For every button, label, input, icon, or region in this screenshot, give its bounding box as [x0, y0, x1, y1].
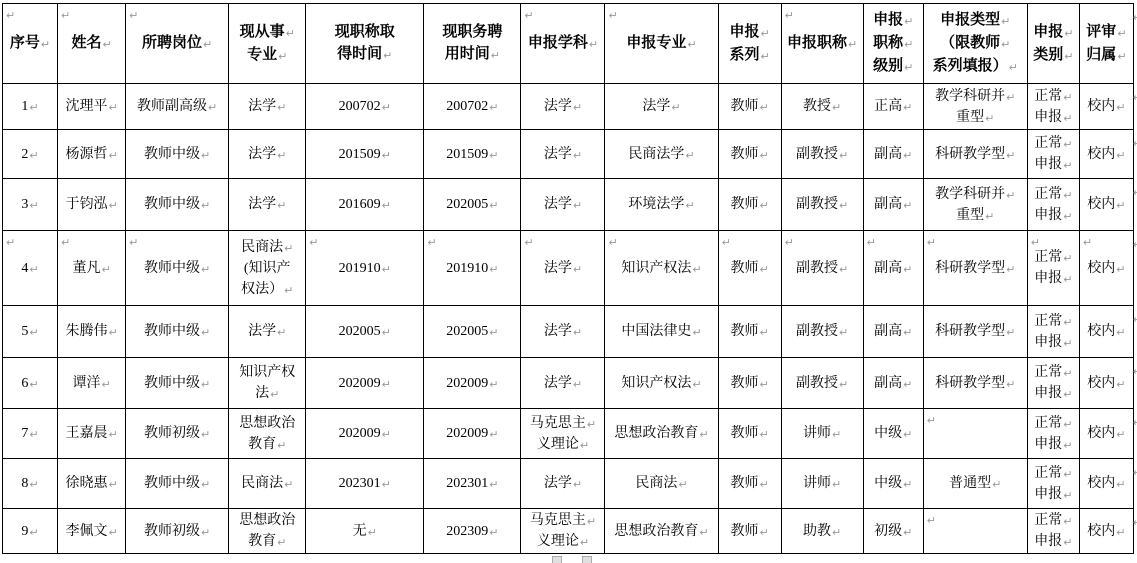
end-of-cell-mark-icon: ↵	[489, 326, 498, 339]
cell-text-line: 法学↵	[523, 473, 602, 494]
header-cell-declared-category[interactable]: 申报↵类别↵	[1027, 4, 1079, 84]
end-of-cell-mark-icon: ↵	[1133, 87, 1137, 108]
end-of-cell-mark-icon: ↵	[29, 428, 38, 441]
cell-current-major[interactable]: 法学↵	[229, 179, 306, 231]
cell-review-attribution[interactable]: ↵校内↵↵	[1079, 231, 1133, 306]
end-of-cell-mark-icon: ↵	[1009, 61, 1018, 74]
cell-text-line: 202009↵	[426, 373, 518, 394]
cell-text-line: 董凡↵	[60, 258, 123, 279]
cell-declared-major[interactable]: 民商法学↵	[605, 130, 718, 179]
cell-declared-major[interactable]: 知识产权法↵	[605, 358, 718, 409]
cell-text-line: 思想政治教育↵	[607, 521, 715, 542]
cell-review-attribution[interactable]: 校内↵↵	[1079, 358, 1133, 409]
cell-text-line: 重型↵	[926, 107, 1025, 128]
cell-declared-series[interactable]: 教师↵	[718, 459, 781, 509]
end-of-cell-mark-icon: ↵	[277, 199, 286, 212]
end-of-cell-mark-icon: ↵	[201, 263, 210, 276]
cell-declared-title[interactable]: ↵副教授↵	[781, 231, 863, 306]
end-of-cell-mark-icon: ↵	[108, 149, 117, 162]
cell-text-line: 思想政治教育↵	[607, 423, 715, 444]
cell-declared-title[interactable]: 副教授↵	[781, 358, 863, 409]
cell-title-obtained-time[interactable]: 202009↵	[306, 409, 424, 459]
cell-post-hired-time[interactable]: 202309↵	[424, 509, 521, 554]
end-of-cell-mark-icon: ↵	[1006, 149, 1015, 162]
table-row: 3↵于钧泓↵教师中级↵法学↵201609↵202005↵法学↵环境法学↵教师↵副…	[3, 179, 1134, 231]
cell-text-line: 201509↵	[308, 144, 421, 165]
cell-text-line: 中国法律史↵	[607, 321, 715, 342]
cell-declared-type[interactable]: 科研教学型↵	[923, 358, 1027, 409]
end-of-cell-mark-icon: ↵	[573, 149, 582, 162]
cell-declared-discipline[interactable]: 马克思主↵义理论↵	[521, 409, 605, 459]
cell-declared-type[interactable]: ↵	[923, 409, 1027, 459]
cell-text-line: 教育↵	[231, 531, 303, 552]
cell-text-line: 教师中级↵	[128, 144, 226, 165]
end-of-cell-mark-icon: ↵	[903, 478, 912, 491]
cell-declared-discipline[interactable]: 法学↵	[521, 84, 605, 130]
cell-name[interactable]: 朱腾伟↵	[58, 306, 126, 358]
cell-declared-title-level[interactable]: 副高↵	[863, 358, 923, 409]
cell-text-line: 校内↵	[1082, 96, 1131, 117]
end-of-cell-mark-icon: ↵	[903, 101, 912, 114]
end-of-cell-mark-icon: ↵	[573, 478, 582, 491]
end-of-cell-mark-icon: ↵	[985, 112, 994, 125]
cell-name[interactable]: 李佩文↵	[58, 509, 126, 554]
cell-declared-series[interactable]: 教师↵	[718, 409, 781, 459]
end-of-cell-mark-icon: ↵	[1031, 232, 1040, 253]
end-of-cell-mark-icon: ↵	[29, 101, 38, 114]
cell-declared-major[interactable]: 思想政治教育↵	[605, 509, 718, 554]
cell-text-line: 6↵	[5, 373, 55, 394]
cell-review-attribution[interactable]: 校内↵↵	[1079, 84, 1133, 130]
cell-text-line: 马克思主↵	[523, 413, 602, 434]
cell-declared-type[interactable]: 普通型↵	[923, 459, 1027, 509]
cell-declared-type[interactable]: 教学科研并↵重型↵	[923, 179, 1027, 231]
end-of-cell-mark-icon: ↵	[573, 326, 582, 339]
cell-index[interactable]: ↵4↵	[3, 231, 58, 306]
cell-title-obtained-time[interactable]: 202005↵	[306, 306, 424, 358]
end-of-cell-mark-icon: ↵	[692, 378, 701, 391]
end-of-cell-mark-icon: ↵	[760, 50, 769, 63]
cell-declared-category[interactable]: 正常↵申报↵	[1027, 409, 1079, 459]
cell-text-line: 教师↵	[721, 144, 779, 165]
cell-title-obtained-time[interactable]: 201509↵	[306, 130, 424, 179]
cell-hired-post[interactable]: 教师中级↵	[126, 459, 229, 509]
end-of-cell-mark-icon: ↵	[1006, 378, 1015, 391]
end-of-cell-mark-icon: ↵	[1063, 112, 1072, 125]
end-of-cell-mark-icon: ↵	[832, 101, 841, 114]
cell-declared-major[interactable]: 思想政治教育↵	[605, 409, 718, 459]
cell-text-line: 知识产权法↵	[607, 373, 715, 394]
cell-text-line: 职称↵	[866, 32, 921, 55]
end-of-cell-mark-icon: ↵	[1006, 326, 1015, 339]
cell-current-major[interactable]: 民商法↵(知识产权法）↵	[229, 231, 306, 306]
cell-index[interactable]: 1↵	[3, 84, 58, 130]
end-of-cell-mark-icon: ↵	[286, 27, 295, 40]
cell-declared-title-level[interactable]: 正高↵	[863, 84, 923, 130]
cell-current-major[interactable]: 法学↵	[229, 130, 306, 179]
end-of-cell-mark-icon: ↵	[201, 378, 210, 391]
cell-text-line: 法学↵	[607, 96, 715, 117]
cell-current-major[interactable]: 民商法↵	[229, 459, 306, 509]
header-cell-name[interactable]: ↵姓名↵	[58, 4, 126, 84]
cell-text-line: 申报↵	[1030, 107, 1077, 128]
cell-text-line: 202301↵	[308, 473, 421, 494]
cell-post-hired-time[interactable]: ↵201910↵	[424, 231, 521, 306]
end-of-cell-mark-icon: ↵	[1001, 38, 1010, 51]
end-of-cell-mark-icon: ↵	[1133, 361, 1137, 382]
cell-declared-type[interactable]: ↵科研教学型↵	[923, 231, 1027, 306]
header-cell-post-hired-time[interactable]: 现职务聘用时间↵	[424, 4, 521, 84]
cell-declared-category[interactable]: 正常↵申报↵	[1027, 306, 1079, 358]
cell-post-hired-time[interactable]: 201509↵	[424, 130, 521, 179]
cell-text-line: 校内↵	[1082, 423, 1131, 444]
end-of-cell-mark-icon: ↵	[1063, 316, 1072, 329]
end-of-cell-mark-icon: ↵	[1133, 309, 1137, 330]
cell-declared-discipline[interactable]: ↵法学↵	[521, 231, 605, 306]
cell-declared-category[interactable]: 正常↵申报↵	[1027, 358, 1079, 409]
end-of-cell-mark-icon: ↵	[1133, 412, 1137, 433]
header-cell-title-obtained-time[interactable]: 现职称取得时间↵	[306, 4, 424, 84]
cell-current-major[interactable]: 法学↵	[229, 84, 306, 130]
cell-text-line: 思想政治	[231, 510, 303, 531]
cell-text-line: 法学↵	[523, 96, 602, 117]
end-of-cell-mark-icon: ↵	[489, 526, 498, 539]
cell-text-line: 教师中级↵	[128, 194, 226, 215]
end-of-cell-mark-icon: ↵	[382, 428, 391, 441]
end-of-cell-mark-icon: ↵	[108, 101, 117, 114]
cell-hired-post[interactable]: 教师中级↵	[126, 130, 229, 179]
end-of-cell-mark-icon: ↵	[108, 478, 117, 491]
cell-text-line: 教学科研并↵	[926, 184, 1025, 205]
cell-text-line: 徐晓惠↵	[60, 473, 123, 494]
end-of-cell-mark-icon: ↵	[201, 199, 210, 212]
cell-text-line: 无↵	[308, 521, 421, 542]
cell-name[interactable]: 徐晓惠↵	[58, 459, 126, 509]
end-of-cell-mark-icon: ↵	[201, 526, 210, 539]
end-of-cell-mark-icon: ↵	[108, 428, 117, 441]
end-of-cell-mark-icon: ↵	[573, 263, 582, 276]
end-of-cell-mark-icon: ↵	[848, 38, 857, 51]
header-cell-declared-type[interactable]: 申报类型↵（限教师↵系列填报）↵	[923, 4, 1027, 84]
cell-text-line: 教师↵	[721, 258, 779, 279]
cell-declared-title-level[interactable]: 初级↵	[863, 509, 923, 554]
cell-index[interactable]: 8↵	[3, 459, 58, 509]
cell-text-line: 沈理平↵	[60, 96, 123, 117]
cell-text-line: 王嘉晨↵	[60, 423, 123, 444]
header-cell-index[interactable]: ↵序号↵	[3, 4, 58, 84]
cell-post-hired-time[interactable]: 202301↵	[424, 459, 521, 509]
end-of-cell-mark-icon: ↵	[489, 101, 498, 114]
cell-text-line: 教师↵	[721, 423, 779, 444]
end-of-cell-mark-icon: ↵	[573, 378, 582, 391]
end-of-cell-mark-icon: ↵	[589, 38, 598, 51]
cell-text-line: 现职务聘	[426, 21, 518, 43]
cell-text-line: 校内↵	[1082, 321, 1131, 342]
cell-text-line: 7↵	[5, 423, 55, 444]
cell-text-line: 科研教学型↵	[926, 373, 1025, 394]
end-of-cell-mark-icon: ↵	[208, 101, 217, 114]
end-of-cell-mark-icon: ↵	[284, 284, 293, 297]
cell-text-line: 201509↵	[426, 144, 518, 165]
cell-name[interactable]: 谭洋↵	[58, 358, 126, 409]
cell-text-line: 正常↵	[1030, 86, 1077, 107]
cell-text-line: 申报↵	[1030, 205, 1077, 226]
header-cell-hired-post[interactable]: ↵所聘岗位↵	[126, 4, 229, 84]
cell-text-line: 中级↵	[866, 423, 921, 444]
cell-declared-type[interactable]: 科研教学型↵	[923, 130, 1027, 179]
cell-declared-type[interactable]: 教学科研并↵重型↵	[923, 84, 1027, 130]
cell-post-hired-time[interactable]: 202009↵	[424, 409, 521, 459]
cell-text-line: 教育↵	[231, 434, 303, 455]
cell-text-line: 正常↵	[1030, 184, 1077, 205]
cell-text-line: 申报↵	[1030, 531, 1077, 552]
cell-declared-series[interactable]: 教师↵	[718, 306, 781, 358]
cell-hired-post[interactable]: 教师中级↵	[126, 306, 229, 358]
header-cell-current-major[interactable]: 现从事↵专业↵	[229, 4, 306, 84]
header-cell-declared-series[interactable]: 申报↵系列↵	[718, 4, 781, 84]
cell-post-hired-time[interactable]: 202005↵	[424, 179, 521, 231]
end-of-cell-mark-icon: ↵	[277, 149, 286, 162]
header-cell-declared-discipline[interactable]: ↵申报学科↵	[521, 4, 605, 84]
cell-declared-category[interactable]: 正常↵申报↵	[1027, 84, 1079, 130]
end-of-cell-mark-icon: ↵	[759, 101, 768, 114]
end-of-cell-mark-icon: ↵	[985, 210, 994, 223]
cell-name[interactable]: 于钧泓↵	[58, 179, 126, 231]
cell-declared-category[interactable]: ↵正常↵申报↵	[1027, 231, 1079, 306]
cell-index[interactable]: 5↵	[3, 306, 58, 358]
end-of-cell-mark-icon: ↵	[839, 149, 848, 162]
cell-text-line: 中级↵	[866, 473, 921, 494]
end-of-cell-mark-icon: ↵	[29, 478, 38, 491]
end-of-cell-mark-icon: ↵	[1116, 263, 1125, 276]
cell-declared-discipline[interactable]: 法学↵	[521, 130, 605, 179]
cell-name[interactable]: 沈理平↵	[58, 84, 126, 130]
end-of-cell-mark-icon: ↵	[203, 38, 212, 51]
cell-review-attribution[interactable]: 校内↵↵	[1079, 459, 1133, 509]
end-of-cell-mark-icon: ↵	[1063, 489, 1072, 502]
cell-declared-category[interactable]: 正常↵申报↵	[1027, 130, 1079, 179]
end-of-cell-mark-icon: ↵	[692, 263, 701, 276]
cell-text-line: 2↵	[5, 144, 55, 165]
end-of-cell-mark-icon: ↵	[759, 263, 768, 276]
cell-declared-title[interactable]: 助教↵	[781, 509, 863, 554]
cell-declared-major[interactable]: 法学↵	[605, 84, 718, 130]
cell-text-line: 校内↵	[1082, 144, 1131, 165]
table-row: 6↵谭洋↵教师中级↵知识产权法↵202009↵202009↵法学↵知识产权法↵教…	[3, 358, 1134, 409]
cell-text-line: 副教授↵	[784, 373, 861, 394]
end-of-cell-mark-icon: ↵	[382, 326, 391, 339]
cell-index[interactable]: 6↵	[3, 358, 58, 409]
cell-declared-major[interactable]: 环境法学↵	[605, 179, 718, 231]
cell-name[interactable]: ↵董凡↵	[58, 231, 126, 306]
cell-declared-series[interactable]: 教师↵	[718, 84, 781, 130]
cell-post-hired-time[interactable]: 202005↵	[424, 306, 521, 358]
cell-declared-major[interactable]: 中国法律史↵	[605, 306, 718, 358]
cell-title-obtained-time[interactable]: 202301↵	[306, 459, 424, 509]
table-row: 8↵徐晓惠↵教师中级↵民商法↵202301↵202301↵法学↵民商法↵教师↵讲…	[3, 459, 1134, 509]
end-of-cell-mark-icon: ↵	[277, 439, 286, 452]
cell-title-obtained-time[interactable]: 200702↵	[306, 84, 424, 130]
cell-review-attribution[interactable]: 校内↵↵	[1079, 306, 1133, 358]
end-of-cell-mark-icon: ↵	[129, 232, 138, 253]
cell-index[interactable]: 3↵	[3, 179, 58, 231]
cell-declared-title[interactable]: 讲师↵	[781, 459, 863, 509]
end-of-cell-mark-icon: ↵	[671, 101, 680, 114]
cell-declared-category[interactable]: 正常↵申报↵	[1027, 179, 1079, 231]
cell-text-line: 1↵	[5, 96, 55, 117]
header-row: ↵序号↵↵姓名↵↵所聘岗位↵现从事↵专业↵现职称取得时间↵现职务聘用时间↵↵申报…	[3, 4, 1134, 84]
cell-declared-discipline[interactable]: 法学↵	[521, 459, 605, 509]
header-cell-declared-major[interactable]: ↵申报专业↵	[605, 4, 718, 84]
end-of-cell-mark-icon: ↵	[277, 326, 286, 339]
cell-text-line: 教师中级↵	[128, 258, 226, 279]
end-of-cell-mark-icon: ↵	[832, 428, 841, 441]
cell-text-line: 重型↵	[926, 205, 1025, 226]
end-of-cell-mark-icon: ↵	[489, 478, 498, 491]
end-of-cell-mark-icon: ↵	[489, 263, 498, 276]
end-of-cell-mark-icon: ↵	[759, 326, 768, 339]
cell-declared-category[interactable]: 正常↵申报↵	[1027, 459, 1079, 509]
header-cell-review-attribution[interactable]: 评审↵归属↵↵	[1079, 4, 1133, 84]
cell-text-line: 201910↵	[426, 258, 518, 279]
cell-hired-post[interactable]: ↵教师中级↵	[126, 231, 229, 306]
cell-review-attribution[interactable]: 校内↵↵	[1079, 409, 1133, 459]
cell-text-line: 讲师↵	[784, 423, 861, 444]
cell-text-line: 申报↵	[1030, 268, 1077, 289]
cell-text-line: 教师↵	[721, 373, 779, 394]
end-of-cell-mark-icon: ↵	[1006, 189, 1015, 202]
cell-declared-title-level[interactable]: ↵副高↵	[863, 231, 923, 306]
header-cell-declared-title-level[interactable]: 申报↵职称↵级别↵	[863, 4, 923, 84]
end-of-cell-mark-icon: ↵	[284, 242, 293, 255]
end-of-cell-mark-icon: ↵	[608, 5, 617, 27]
cell-title-obtained-time[interactable]: 201609↵	[306, 179, 424, 231]
cell-declared-title-level[interactable]: 副高↵	[863, 179, 923, 231]
cell-text-line: 教授↵	[784, 96, 861, 117]
end-of-cell-mark-icon: ↵	[383, 49, 392, 62]
end-of-cell-mark-icon: ↵	[760, 27, 769, 40]
cell-name[interactable]: 王嘉晨↵	[58, 409, 126, 459]
cell-current-major[interactable]: 知识产权法↵	[229, 358, 306, 409]
cell-text-line: 法学↵	[523, 258, 602, 279]
end-of-cell-mark-icon: ↵	[759, 199, 768, 212]
cell-text-line: 思想政治	[231, 413, 303, 434]
cell-post-hired-time[interactable]: 200702↵	[424, 84, 521, 130]
cell-declared-series[interactable]: ↵教师↵	[718, 231, 781, 306]
cell-declared-title[interactable]: 副教授↵	[781, 130, 863, 179]
cell-declared-type[interactable]: 科研教学型↵	[923, 306, 1027, 358]
cell-text-line: 现从事↵	[231, 21, 303, 44]
cell-title-obtained-time[interactable]: ↵201910↵	[306, 231, 424, 306]
cell-hired-post[interactable]: 教师副高级↵	[126, 84, 229, 130]
end-of-cell-mark-icon: ↵	[1116, 101, 1125, 114]
end-of-cell-mark-icon: ↵	[1083, 232, 1092, 253]
cell-post-hired-time[interactable]: 202009↵	[424, 358, 521, 409]
cell-declared-discipline[interactable]: 马克思主↵义理论↵	[521, 509, 605, 554]
end-of-cell-mark-icon: ↵	[1001, 15, 1010, 28]
cell-declared-series[interactable]: 教师↵	[718, 130, 781, 179]
cell-declared-title-level[interactable]: 副高↵	[863, 306, 923, 358]
cell-text-line: 教师↵	[721, 473, 779, 494]
cell-declared-series[interactable]: 教师↵	[718, 179, 781, 231]
end-of-cell-mark-icon: ↵	[108, 199, 117, 212]
cell-declared-title-level[interactable]: 中级↵	[863, 459, 923, 509]
end-of-cell-mark-icon: ↵	[1133, 7, 1137, 29]
cell-hired-post[interactable]: 教师中级↵	[126, 179, 229, 231]
end-of-cell-mark-icon: ↵	[61, 5, 70, 27]
cell-review-attribution[interactable]: 校内↵↵	[1079, 179, 1133, 231]
end-of-cell-mark-icon: ↵	[1116, 378, 1125, 391]
cell-review-attribution[interactable]: 校内↵↵	[1079, 130, 1133, 179]
end-of-cell-mark-icon: ↵	[678, 478, 687, 491]
end-of-cell-mark-icon: ↵	[491, 49, 500, 62]
cell-declared-series[interactable]: 教师↵	[718, 358, 781, 409]
cell-name[interactable]: 杨源哲↵	[58, 130, 126, 179]
cell-declared-title[interactable]: 副教授↵	[781, 306, 863, 358]
cell-declared-discipline[interactable]: 法学↵	[521, 306, 605, 358]
cell-text-line: 申报↵	[1030, 434, 1077, 455]
cell-declared-title[interactable]: 讲师↵	[781, 409, 863, 459]
end-of-cell-mark-icon: ↵	[6, 5, 15, 27]
cell-hired-post[interactable]: 教师中级↵	[126, 358, 229, 409]
end-of-cell-mark-icon: ↵	[1133, 512, 1137, 533]
cell-current-major[interactable]: 思想政治教育↵	[229, 409, 306, 459]
cell-declared-title-level[interactable]: 副高↵	[863, 130, 923, 179]
end-of-cell-mark-icon: ↵	[1133, 462, 1137, 483]
table-row: 1↵沈理平↵教师副高级↵法学↵200702↵200702↵法学↵法学↵教师↵教授…	[3, 84, 1134, 130]
end-of-cell-mark-icon: ↵	[904, 38, 913, 51]
end-of-cell-mark-icon: ↵	[382, 101, 391, 114]
cell-text-line: 法学↵	[523, 373, 602, 394]
cell-text-line: 副教授↵	[784, 144, 861, 165]
end-of-cell-mark-icon: ↵	[903, 199, 912, 212]
cell-declared-category[interactable]: 正常↵申报↵	[1027, 509, 1079, 554]
cell-text-line: 法学↵	[231, 144, 303, 165]
cell-text-line: 校内↵	[1082, 521, 1131, 542]
cell-index[interactable]: 2↵	[3, 130, 58, 179]
end-of-cell-mark-icon: ↵	[759, 428, 768, 441]
end-of-cell-mark-icon: ↵	[101, 263, 110, 276]
end-of-cell-mark-icon: ↵	[1133, 234, 1137, 255]
cell-text-line: 202009↵	[308, 373, 421, 394]
cell-index[interactable]: 9↵	[3, 509, 58, 554]
cell-title-obtained-time[interactable]: 无↵	[306, 509, 424, 554]
cell-declared-type[interactable]: ↵	[923, 509, 1027, 554]
cell-declared-discipline[interactable]: 法学↵	[521, 358, 605, 409]
cell-declared-title[interactable]: 副教授↵	[781, 179, 863, 231]
header-cell-declared-title[interactable]: ↵申报职称↵	[781, 4, 863, 84]
cell-current-major[interactable]: 思想政治教育↵	[229, 509, 306, 554]
cell-text-line: 8↵	[5, 473, 55, 494]
cell-declared-title-level[interactable]: 中级↵	[863, 409, 923, 459]
cell-title-obtained-time[interactable]: 202009↵	[306, 358, 424, 409]
cell-review-attribution[interactable]: 校内↵↵	[1079, 509, 1133, 554]
cell-hired-post[interactable]: 教师初级↵	[126, 509, 229, 554]
end-of-cell-mark-icon: ↵	[101, 378, 110, 391]
cell-index[interactable]: 7↵	[3, 409, 58, 459]
cell-declared-series[interactable]: 教师↵	[718, 509, 781, 554]
cell-text-line: 李佩文↵	[60, 521, 123, 542]
cell-declared-discipline[interactable]: 法学↵	[521, 179, 605, 231]
cell-declared-major[interactable]: ↵知识产权法↵	[605, 231, 718, 306]
cell-current-major[interactable]: 法学↵	[229, 306, 306, 358]
cell-text-line: 副高↵	[866, 321, 921, 342]
cell-hired-post[interactable]: 教师初级↵	[126, 409, 229, 459]
cell-text-line: 申报↵	[1030, 383, 1077, 404]
cell-declared-major[interactable]: 民商法↵	[605, 459, 718, 509]
end-of-cell-mark-icon: ↵	[1064, 27, 1073, 40]
cell-declared-title[interactable]: 教授↵	[781, 84, 863, 130]
